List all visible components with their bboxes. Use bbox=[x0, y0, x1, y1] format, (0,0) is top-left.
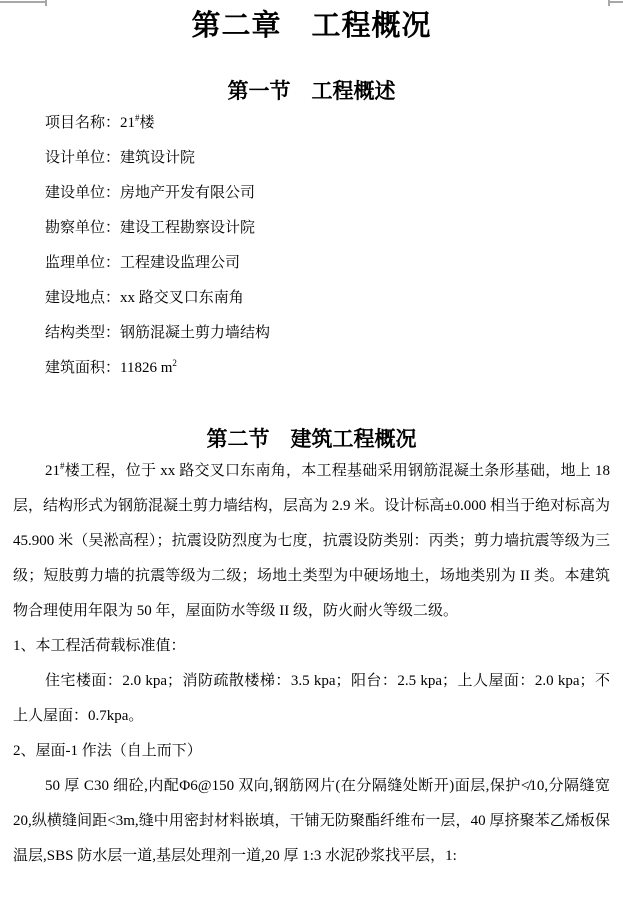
text-boundary-tick-top-right bbox=[608, 0, 610, 6]
info-item-text: 楼 bbox=[140, 115, 155, 131]
chapter-title: 第二章 工程概况 bbox=[13, 6, 610, 46]
superscript-squared: 2 bbox=[172, 358, 177, 368]
info-item-construction-unit: 建设单位：房地产开发有限公司 bbox=[13, 176, 610, 211]
info-item-text: 项目名称：21 bbox=[45, 115, 135, 131]
info-item-text: 监理单位：工程建设监理公司 bbox=[45, 255, 240, 271]
info-item-text: 勘察单位：建设工程勘察设计院 bbox=[45, 220, 255, 236]
paragraph-live-load-values: 住宅楼面：2.0 kpa；消防疏散楼梯：3.5 kpa；阳台：2.5 kpa；上… bbox=[13, 664, 610, 734]
info-item-project-name: 项目名称：21#楼 bbox=[13, 106, 610, 141]
info-item-floor-area: 建筑面积：11826 m2 bbox=[13, 351, 610, 386]
paragraph-live-load-heading: 1、本工程活荷载标准值： bbox=[13, 629, 610, 664]
text-boundary-tick-top-left bbox=[45, 0, 47, 6]
info-item-text: 结构类型：钢筋混凝土剪力墙结构 bbox=[45, 325, 270, 341]
paragraph-project-overview: 21#楼工程，位于 xx 路交叉口东南角，本工程基础采用钢筋混凝土条形基础，地上… bbox=[13, 454, 610, 629]
paragraph-text: 楼工程，位于 xx 路交叉口东南角，本工程基础采用钢筋混凝土条形基础，地上 18… bbox=[13, 463, 610, 619]
section1-heading: 第一节 工程概述 bbox=[13, 76, 610, 106]
info-item-text: 建设单位：房地产开发有限公司 bbox=[45, 185, 255, 201]
info-item-survey-unit: 勘察单位：建设工程勘察设计院 bbox=[13, 211, 610, 246]
text-boundary-mark-top-right bbox=[608, 1, 623, 3]
info-item-text: 建设地点：xx 路交叉口东南角 bbox=[45, 290, 244, 306]
paragraph-roof-method-detail: 50 厚 C30 细砼,内配Φ6@150 双向,钢筋网片(在分隔缝处断开)面层,… bbox=[13, 769, 610, 874]
info-item-supervision-unit: 监理单位：工程建设监理公司 bbox=[13, 246, 610, 281]
paragraph-text: 21 bbox=[45, 463, 60, 479]
paragraph-roof-method-heading: 2、屋面-1 作法（自上而下） bbox=[13, 734, 610, 769]
text-boundary-mark-top-left bbox=[0, 1, 47, 3]
document-page: 第二章 工程概况 第一节 工程概述 项目名称：21#楼 设计单位：建筑设计院 建… bbox=[0, 0, 623, 909]
info-item-text: 设计单位：建筑设计院 bbox=[45, 150, 195, 166]
info-item-text: 建筑面积：11826 m bbox=[45, 360, 172, 376]
section2-heading: 第二节 建筑工程概况 bbox=[13, 424, 610, 454]
document-content: 第二章 工程概况 第一节 工程概述 项目名称：21#楼 设计单位：建筑设计院 建… bbox=[0, 6, 623, 874]
info-item-structure-type: 结构类型：钢筋混凝土剪力墙结构 bbox=[13, 316, 610, 351]
info-item-design-unit: 设计单位：建筑设计院 bbox=[13, 141, 610, 176]
project-info-list: 项目名称：21#楼 设计单位：建筑设计院 建设单位：房地产开发有限公司 勘察单位… bbox=[13, 106, 610, 386]
info-item-location: 建设地点：xx 路交叉口东南角 bbox=[13, 281, 610, 316]
